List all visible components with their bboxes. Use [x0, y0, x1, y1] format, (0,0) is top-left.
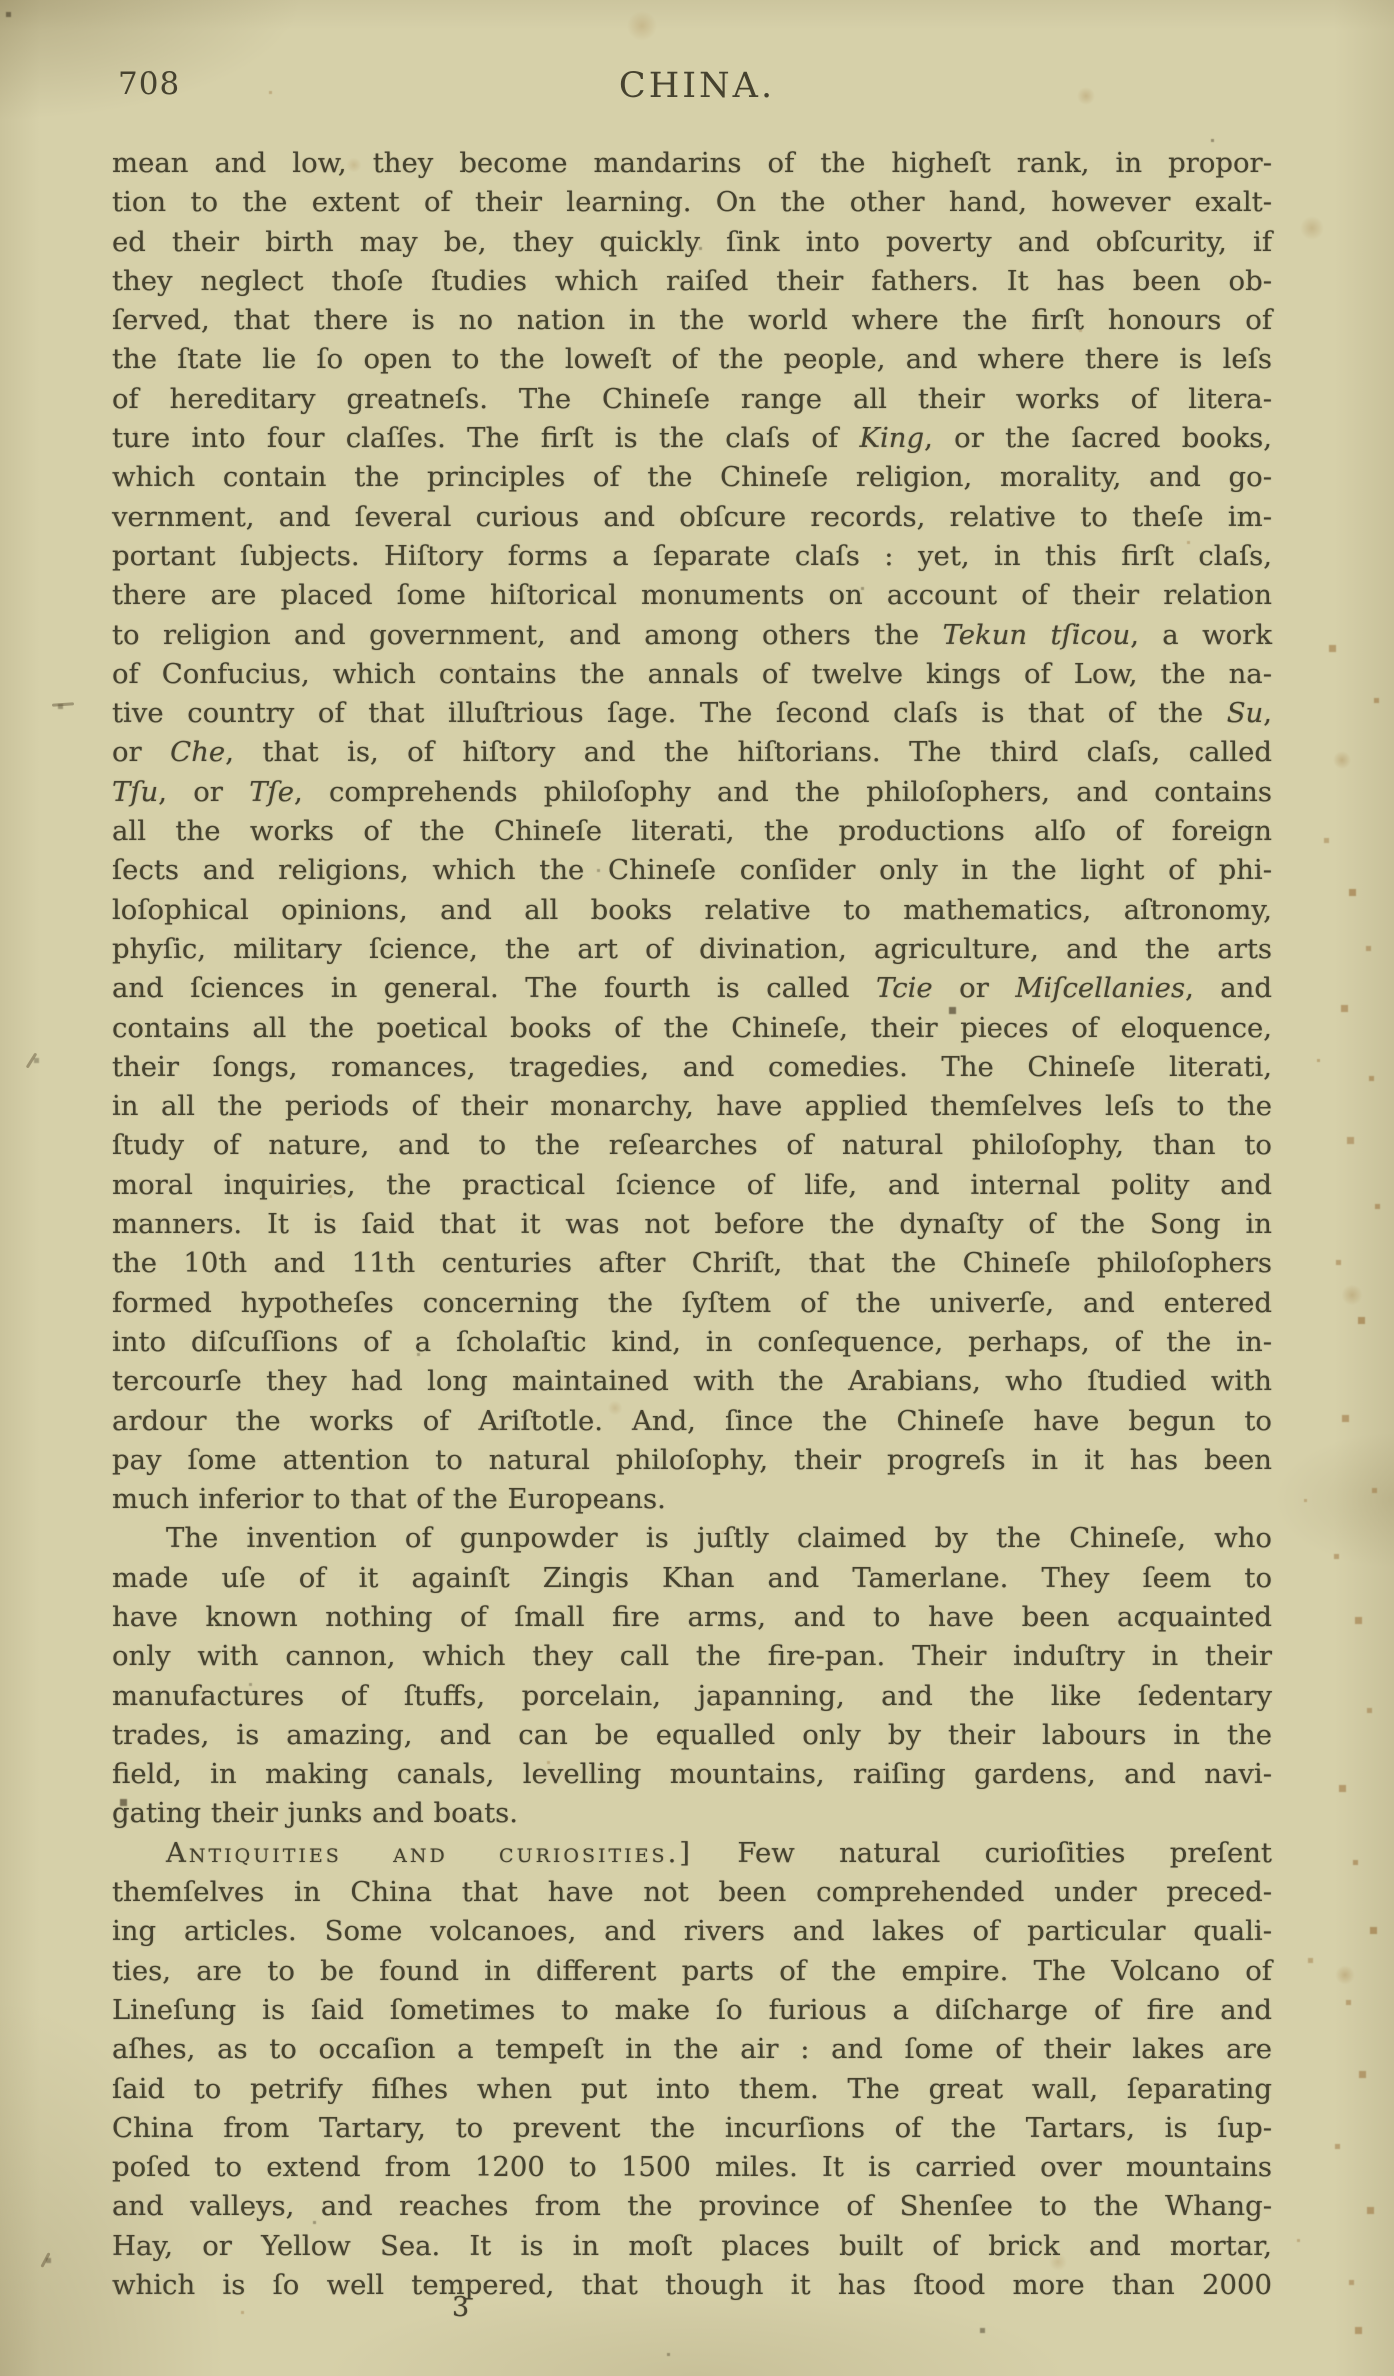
text-segment: ſects and religions, which the Chineſe c… [112, 854, 1272, 886]
text-segment: all the works of the Chineſe literati, t… [112, 815, 1272, 847]
text-line: trades, is amazing, and can be equalled … [112, 1716, 1272, 1755]
text-line: moral inquiries, the practical ſcience o… [112, 1166, 1272, 1205]
italic-term: Miſcellanies [1015, 972, 1185, 1004]
text-segment: , or the ſacred books, [924, 422, 1272, 454]
text-segment: in all the periods of their monarchy, ha… [112, 1090, 1272, 1122]
text-line: ties, are to be found in different parts… [112, 1952, 1272, 1991]
text-segment: ſtudy of nature, and to the reſearches o… [112, 1129, 1272, 1161]
ink-specks [0, 0, 1, 1]
text-segment: ties, are to be found in different parts… [112, 1955, 1272, 1987]
text-line: which is ſo well tempered, that though i… [112, 2266, 1272, 2305]
text-segment: gating their junks and boats. [112, 1797, 518, 1829]
text-line: the 10th and 11th centuries after Chriſt… [112, 1244, 1272, 1283]
text-line: of Confucius, which contains the annals … [112, 655, 1272, 694]
text-segment: much inferior to that of the Europeans. [112, 1483, 666, 1515]
text-segment: tercourſe they had long maintained with … [112, 1365, 1272, 1397]
text-segment: and ſciences in general. The fourth is c… [112, 972, 876, 1004]
text-segment: Lineſung is ſaid ſometimes to make ſo fu… [112, 1994, 1272, 2026]
text-line: ardour the works of Ariſtotle. And, ſinc… [112, 1402, 1272, 1441]
text-segment: which is ſo well tempered, that though i… [112, 2269, 1272, 2301]
text-line: Antiquities and curiosities.] Few natura… [112, 1834, 1272, 1873]
italic-term: King [859, 422, 924, 454]
text-segment: moral inquiries, the practical ſcience o… [112, 1169, 1272, 1201]
text-line: in all the periods of their monarchy, ha… [112, 1087, 1272, 1126]
text-line: ſaid to petrify fiſhes when put into the… [112, 2070, 1272, 2109]
text-segment: aſhes, as to occaſion a tempeſt in the a… [112, 2033, 1272, 2065]
text-segment: and valleys, and reaches from the provin… [112, 2190, 1272, 2222]
text-line: ing articles. Some volcanoes, and rivers… [112, 1912, 1272, 1951]
text-line: and valleys, and reaches from the provin… [112, 2187, 1272, 2226]
text-line: themſelves in China that have not been c… [112, 1873, 1272, 1912]
text-segment: ed their birth may be, they quickly ſink… [112, 226, 1272, 258]
text-segment: themſelves in China that have not been c… [112, 1876, 1272, 1908]
text-line: there are placed ſome hiſtorical monumen… [112, 576, 1272, 615]
text-line: field, in making canals, levelling mount… [112, 1755, 1272, 1794]
section-heading-smallcaps: Antiquities and curiosities.] [166, 1837, 693, 1869]
text-line: manufactures of ſtuffs, porcelain, japan… [112, 1677, 1272, 1716]
text-line: only with cannon, which they call the fi… [112, 1637, 1272, 1676]
text-line: China from Tartary, to prevent the incur… [112, 2109, 1272, 2148]
italic-term: Su [1227, 697, 1264, 729]
text-line: Lineſung is ſaid ſometimes to make ſo fu… [112, 1991, 1272, 2030]
text-segment: , that is, of hiſtory and the hiſtorians… [225, 736, 1272, 768]
italic-term: Tekun tſicou [943, 619, 1131, 651]
text-line: the ſtate lie ſo open to the loweſt of t… [112, 340, 1272, 379]
text-line: to religion and government, and among ot… [112, 616, 1272, 655]
text-segment: loſophical opinions, and all books relat… [112, 894, 1272, 926]
text-line: ſects and religions, which the Chineſe c… [112, 851, 1272, 890]
text-segment: to religion and government, and among ot… [112, 619, 943, 651]
text-segment: ing articles. Some volcanoes, and rivers… [112, 1915, 1272, 1947]
text-line: much inferior to that of the Europeans. [112, 1480, 1272, 1519]
text-line: into diſcuſſions of a ſcholaſtic kind, i… [112, 1323, 1272, 1362]
text-segment: poſed to extend from 1200 to 1500 miles.… [112, 2151, 1272, 2183]
text-segment: field, in making canals, levelling mount… [112, 1758, 1272, 1790]
text-line: Tſu, or Tſe, comprehends philoſophy and … [112, 773, 1272, 812]
text-segment: portant ſubjects. Hiſtory forms a ſepara… [112, 540, 1272, 572]
margin-mark [52, 702, 74, 707]
text-segment: only with cannon, which they call the fi… [112, 1640, 1272, 1672]
text-segment: they neglect thoſe ſtudies which raiſed … [112, 265, 1272, 297]
signature-mark: 3 [452, 2292, 469, 2323]
text-line: aſhes, as to occaſion a tempeſt in the a… [112, 2030, 1272, 2069]
text-line: ſtudy of nature, and to the reſearches o… [112, 1126, 1272, 1165]
text-segment: pay ſome attention to natural philoſophy… [112, 1444, 1272, 1476]
text-line: ſerved, that there is no nation in the w… [112, 301, 1272, 340]
text-line: pay ſome attention to natural philoſophy… [112, 1441, 1272, 1480]
italic-term: Tſu [112, 776, 158, 808]
text-segment: ſaid to petrify fiſhes when put into the… [112, 2073, 1272, 2105]
paragraph: The invention of gunpowder is juſtly cla… [112, 1519, 1272, 1833]
text-line: their ſongs, romances, tragedies, and co… [112, 1048, 1272, 1087]
text-segment: trades, is amazing, and can be equalled … [112, 1719, 1272, 1751]
text-segment: ſerved, that there is no nation in the w… [112, 304, 1272, 336]
text-segment: , a work [1130, 619, 1272, 651]
text-segment: The invention of gunpowder is juſtly cla… [166, 1522, 1272, 1554]
text-segment: of hereditary greatneſs. The Chineſe ran… [112, 383, 1272, 415]
text-line: formed hypotheſes concerning the ſyſtem … [112, 1284, 1272, 1323]
text-line: all the works of the Chineſe literati, t… [112, 812, 1272, 851]
text-segment: formed hypotheſes concerning the ſyſtem … [112, 1287, 1272, 1319]
text-segment: , comprehends philoſophy and the philoſo… [294, 776, 1272, 808]
text-segment: Few natural curioſities preſent [693, 1837, 1272, 1869]
text-segment: contains all the poetical books of the C… [112, 1012, 1272, 1044]
text-block: mean and low, they become mandarins of t… [112, 144, 1272, 2305]
text-segment: of Confucius, which contains the annals … [112, 658, 1272, 690]
text-line: poſed to extend from 1200 to 1500 miles.… [112, 2148, 1272, 2187]
text-segment: manners. It is ſaid that it was not befo… [112, 1208, 1272, 1240]
text-segment: vernment, and ſeveral curious and obſcur… [112, 501, 1272, 533]
text-segment: or [933, 972, 1016, 1004]
text-line: gating their junks and boats. [112, 1794, 1272, 1833]
text-line: ture into four claſſes. The firſt is the… [112, 419, 1272, 458]
text-segment: which contain the principles of the Chin… [112, 461, 1272, 493]
text-segment: the ſtate lie ſo open to the loweſt of t… [112, 343, 1272, 375]
text-line: portant ſubjects. Hiſtory forms a ſepara… [112, 537, 1272, 576]
italic-term: Che [170, 736, 225, 768]
text-line: loſophical opinions, and all books relat… [112, 891, 1272, 930]
text-line: made uſe of it againſt Zingis Khan and T… [112, 1559, 1272, 1598]
paragraph: Antiquities and curiosities.] Few natura… [112, 1834, 1272, 2306]
italic-term: Tcie [876, 972, 933, 1004]
text-segment: tion to the extent of their learning. On… [112, 186, 1272, 218]
running-title: CHINA. [0, 66, 1394, 106]
text-line: ed their birth may be, they quickly ſink… [112, 223, 1272, 262]
text-segment: China from Tartary, to prevent the incur… [112, 2112, 1272, 2144]
text-line: mean and low, they become mandarins of t… [112, 144, 1272, 183]
text-line: tive country of that illuſtrious ſage. T… [112, 694, 1272, 733]
book-page: 708 CHINA. mean and low, they become man… [0, 0, 1394, 2376]
margin-mark [40, 2252, 50, 2268]
text-segment: mean and low, they become mandarins of t… [112, 147, 1272, 179]
text-segment: Hay, or Yellow Sea. It is in moſt places… [112, 2230, 1272, 2262]
text-segment: the 10th and 11th centuries after Chriſt… [112, 1247, 1272, 1279]
paragraph: mean and low, they become mandarins of t… [112, 144, 1272, 1519]
text-segment: manufactures of ſtuffs, porcelain, japan… [112, 1680, 1272, 1712]
text-segment: into diſcuſſions of a ſcholaſtic kind, i… [112, 1326, 1272, 1358]
text-line: vernment, and ſeveral curious and obſcur… [112, 498, 1272, 537]
text-line: have known nothing of ſmall fire arms, a… [112, 1598, 1272, 1637]
text-line: they neglect thoſe ſtudies which raiſed … [112, 262, 1272, 301]
text-line: or Che, that is, of hiſtory and the hiſt… [112, 733, 1272, 772]
text-segment: their ſongs, romances, tragedies, and co… [112, 1051, 1272, 1083]
text-segment: there are placed ſome hiſtorical monumen… [112, 579, 1272, 611]
text-segment: , and [1185, 972, 1272, 1004]
text-line: The invention of gunpowder is juſtly cla… [112, 1519, 1272, 1558]
text-line: of hereditary greatneſs. The Chineſe ran… [112, 380, 1272, 419]
text-line: tion to the extent of their learning. On… [112, 183, 1272, 222]
text-line: and ſciences in general. The fourth is c… [112, 969, 1272, 1008]
text-segment: , [1263, 697, 1272, 729]
text-line: contains all the poetical books of the C… [112, 1009, 1272, 1048]
text-line: manners. It is ſaid that it was not befo… [112, 1205, 1272, 1244]
text-line: phyſic, military ſcience, the art of div… [112, 930, 1272, 969]
text-line: tercourſe they had long maintained with … [112, 1362, 1272, 1401]
text-segment: phyſic, military ſcience, the art of div… [112, 933, 1272, 965]
text-segment: or [112, 736, 170, 768]
text-segment: , or [158, 776, 249, 808]
text-line: Hay, or Yellow Sea. It is in moſt places… [112, 2227, 1272, 2266]
text-segment: made uſe of it againſt Zingis Khan and T… [112, 1562, 1272, 1594]
text-line: which contain the principles of the Chin… [112, 458, 1272, 497]
page-header: 708 CHINA. [0, 66, 1394, 112]
text-segment: tive country of that illuſtrious ſage. T… [112, 697, 1227, 729]
text-segment: have known nothing of ſmall fire arms, a… [112, 1601, 1272, 1633]
text-segment: ture into four claſſes. The firſt is the… [112, 422, 859, 454]
margin-mark [26, 1052, 38, 1068]
text-segment: ardour the works of Ariſtotle. And, ſinc… [112, 1405, 1272, 1437]
italic-term: Tſe [249, 776, 294, 808]
